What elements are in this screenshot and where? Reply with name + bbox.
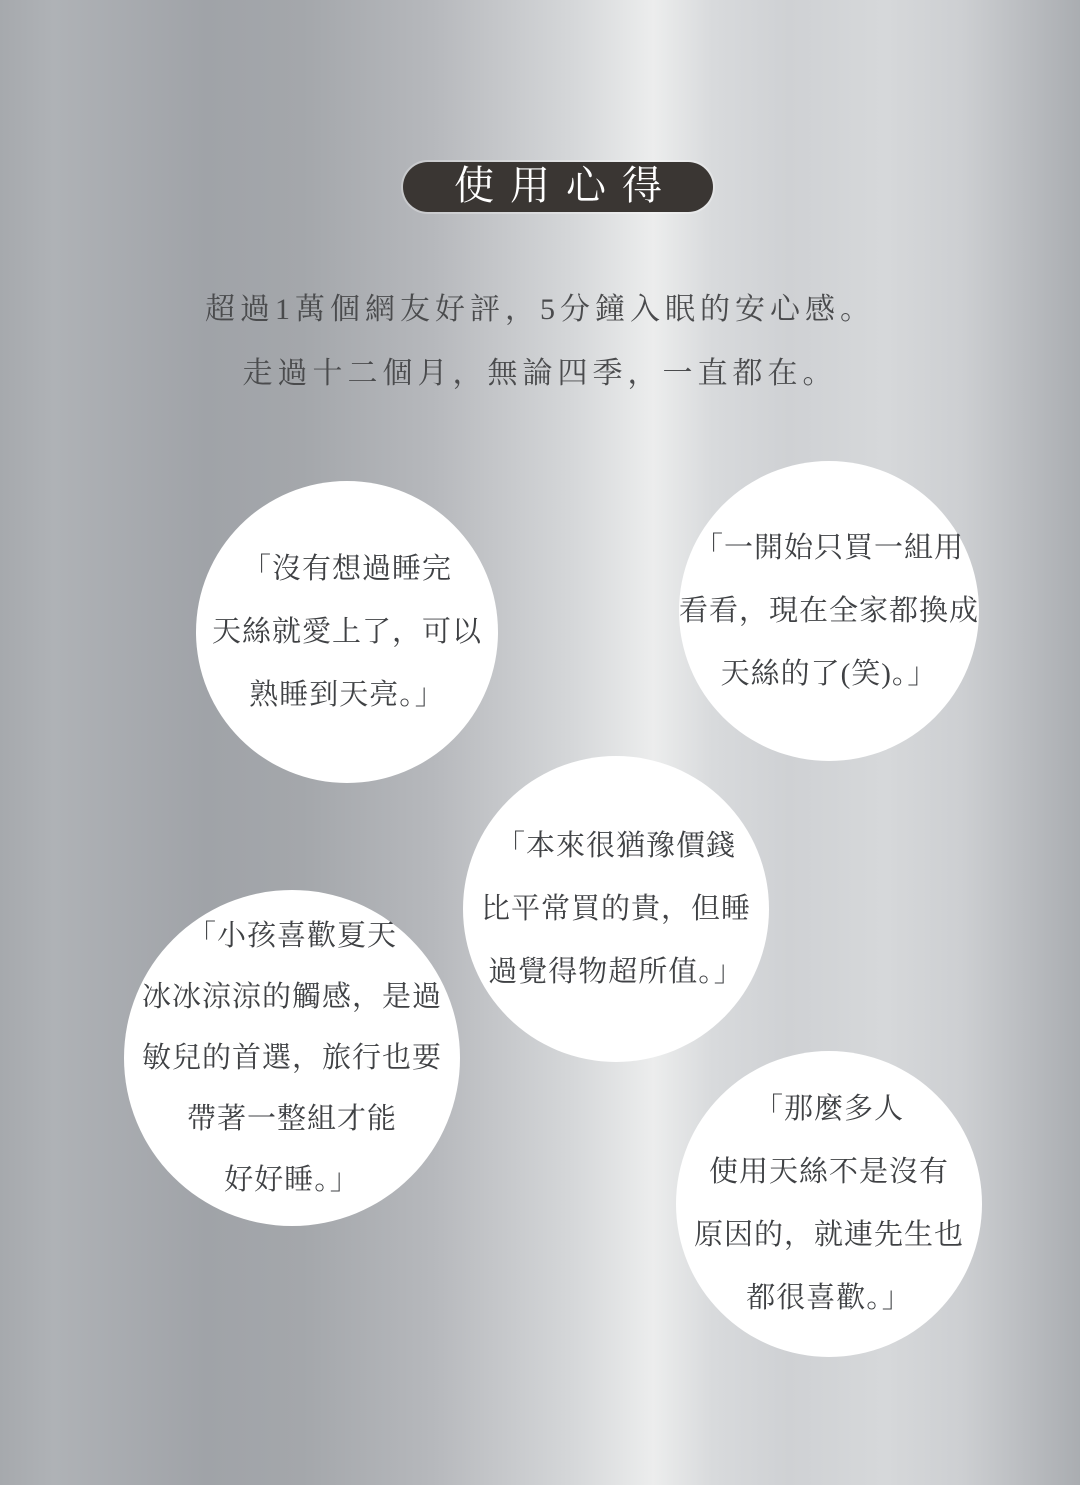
testimonial-line: 敏兒的首選，旅行也要 (142, 1028, 442, 1089)
subtitle-line-1: 超過1萬個網友好評，5分鐘入眠的安心感。 (0, 278, 1080, 342)
testimonial-line: 「本來很猶豫價錢 (496, 815, 736, 878)
testimonial-line: 「一開始只買一組用 (694, 517, 964, 580)
testimonial-line: 天絲就愛上了，可以 (212, 601, 482, 664)
testimonial-line: 好好睡。」 (224, 1150, 360, 1211)
subtitle-line-2: 走過十二個月，無論四季，一直都在。 (0, 342, 1080, 406)
testimonial-line: 都很喜歡。」 (746, 1267, 912, 1330)
testimonial-line: 「小孩喜歡夏天 (187, 906, 397, 967)
section-title-pill: 使用心得 (403, 162, 713, 212)
testimonial-line: 天絲的了(笑)。」 (721, 643, 938, 706)
testimonial-line: 帶著一整組才能 (187, 1089, 397, 1150)
testimonial-line: 「沒有想過睡完 (242, 538, 452, 601)
testimonial-line: 比平常買的貴，但睡 (481, 878, 751, 941)
testimonial-line: 過覺得物超所值。」 (488, 941, 744, 1004)
testimonial-bubble-5: 「那麼多人 使用天絲不是沒有 原因的，就連先生也 都很喜歡。」 (676, 1051, 982, 1357)
testimonial-line: 原因的，就連先生也 (694, 1204, 964, 1267)
testimonial-bubble-3: 「本來很猶豫價錢 比平常買的貴，但睡 過覺得物超所值。」 (463, 756, 769, 1062)
subtitle-block: 超過1萬個網友好評，5分鐘入眠的安心感。 走過十二個月，無論四季，一直都在。 (0, 278, 1080, 406)
testimonial-line: 熟睡到天亮。」 (249, 664, 445, 727)
review-banner: 使用心得 超過1萬個網友好評，5分鐘入眠的安心感。 走過十二個月，無論四季，一直… (0, 0, 1080, 1485)
testimonial-line: 使用天絲不是沒有 (709, 1141, 949, 1204)
testimonial-bubble-4: 「小孩喜歡夏天 冰冰涼涼的觸感，是過 敏兒的首選，旅行也要 帶著一整組才能 好好… (124, 890, 460, 1226)
testimonial-bubble-1: 「沒有想過睡完 天絲就愛上了，可以 熟睡到天亮。」 (196, 481, 498, 783)
testimonial-line: 冰冰涼涼的觸感，是過 (142, 967, 442, 1028)
testimonial-line: 看看，現在全家都換成 (679, 580, 979, 643)
testimonial-bubble-2: 「一開始只買一組用 看看，現在全家都換成 天絲的了(笑)。」 (679, 461, 979, 761)
section-title: 使用心得 (438, 166, 678, 208)
testimonial-line: 「那麼多人 (754, 1078, 904, 1141)
